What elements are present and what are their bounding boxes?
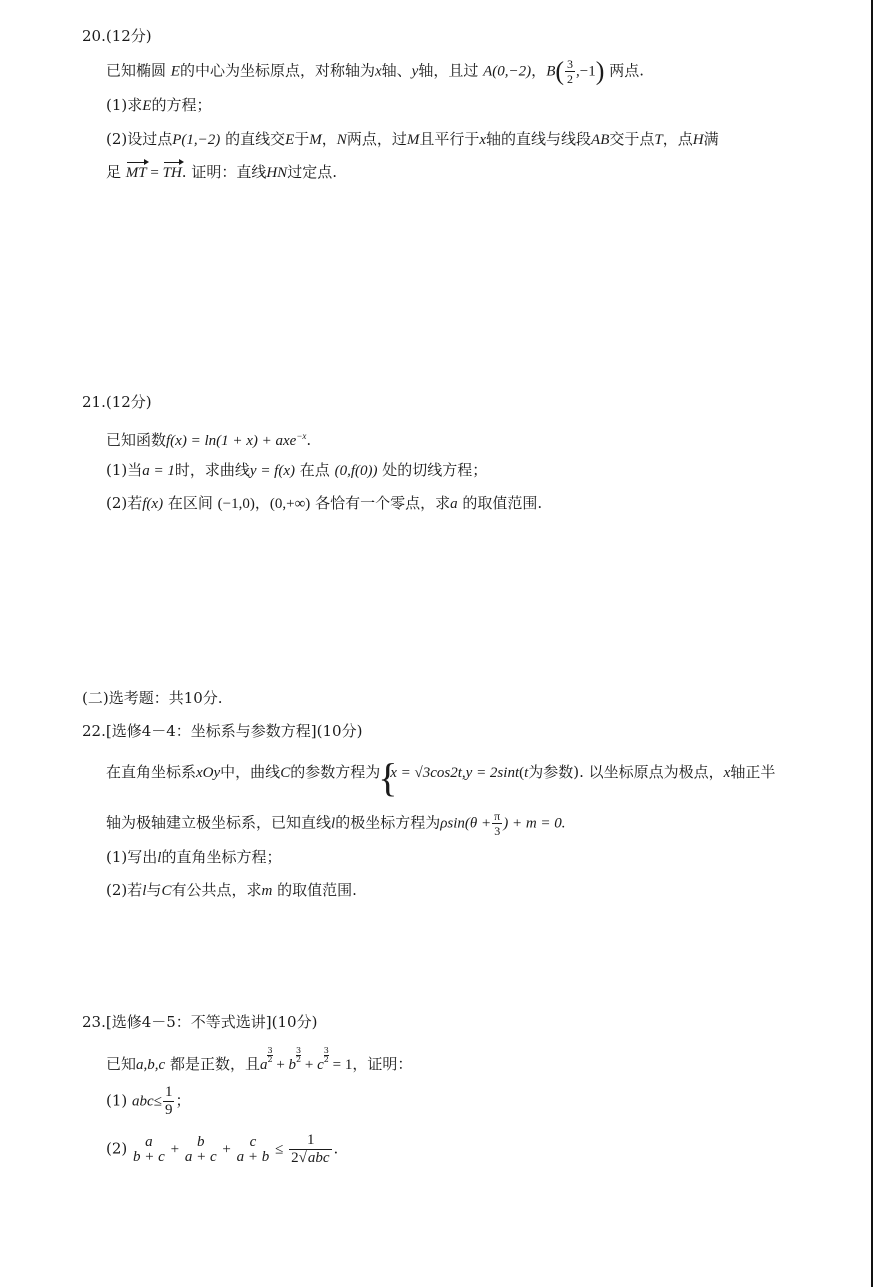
part-label: (1) [106, 848, 127, 866]
math: + [301, 1057, 317, 1073]
question-21-part-1: (1)当a = 1时，求曲线y = f(x) 在点 (0,f(0)) 处的切线方… [106, 460, 487, 481]
math-var: a [260, 1057, 268, 1073]
fraction: 32 [565, 58, 575, 85]
question-number: 23. [82, 1013, 106, 1031]
math-var: m [261, 883, 272, 899]
numerator: 1 [163, 1085, 175, 1102]
math: f(x) [142, 496, 163, 512]
math: = 1 [329, 1057, 352, 1073]
part-label: (1) [106, 461, 127, 479]
text: . 证明：直线 [182, 163, 267, 181]
math-var: HN [266, 165, 287, 181]
text: 中，曲线 [220, 763, 280, 781]
question-topic: [选修4－5：不等式选讲] [106, 1013, 272, 1031]
math: a = 1 [142, 463, 175, 479]
question-22-stem-line-1: 在直角坐标系xOy中，曲线C的参数方程为x = √3cos2t,y = 2sin… [106, 762, 775, 783]
question-20-header: 20.(12分) [82, 26, 152, 46]
numerator: a [133, 1135, 165, 1150]
fraction-b: ba + c [185, 1135, 217, 1165]
math-var: E [285, 132, 294, 148]
text: 已知椭圆 [106, 62, 166, 80]
text: 为参数). 以坐标原点为极点， [528, 763, 723, 781]
math-var: M [309, 132, 322, 148]
text: 在点 [300, 461, 330, 479]
question-22-part-2: (2)若l与C有公共点，求m 的取值范围. [106, 880, 357, 901]
text: 已知函数 [106, 431, 166, 449]
math-var: C [161, 883, 171, 899]
math: ρsin(θ + [440, 816, 491, 832]
paren-right: ) [596, 57, 605, 86]
text: 处的切线方程； [382, 461, 487, 479]
denominator: 2√abc [289, 1150, 332, 1166]
numerator: b [185, 1135, 217, 1150]
denominator: a + c [185, 1150, 217, 1165]
math: ) + m = 0. [503, 816, 565, 832]
text: 过定点. [287, 163, 337, 181]
numerator: π [492, 810, 502, 824]
fraction-c: ca + b [237, 1135, 270, 1165]
text: 有公共点，求 [171, 881, 261, 899]
numerator: c [237, 1135, 270, 1150]
math-point-b: B [546, 64, 555, 80]
math: y = f(x) [250, 463, 295, 479]
text: 交于点 [609, 130, 654, 148]
section-header-elective: (二)选考题：共10分. [82, 688, 223, 708]
question-23-part-1: (1) abc≤19； [106, 1085, 190, 1118]
text: 已知 [106, 1055, 136, 1073]
text: 轴正半 [730, 763, 775, 781]
text: ，证明： [352, 1055, 412, 1073]
text: ， [531, 62, 546, 80]
math-var: T [654, 132, 662, 148]
text: ， [322, 130, 337, 148]
math-var: x [375, 64, 382, 80]
math-var: M [407, 132, 420, 148]
denominator: 9 [163, 1102, 175, 1118]
text: 都是正数，且 [170, 1055, 260, 1073]
question-23-part-2: (2) ab + c + ba + c + ca + b ≤ 12√abc. [106, 1133, 338, 1166]
question-score: (12分) [106, 393, 152, 411]
question-23-stem: 已知a,b,c 都是正数，且a32 + b32 + c32 = 1，证明： [106, 1047, 412, 1075]
question-20-part-1: (1)求E的方程； [106, 95, 211, 116]
denominator: 3 [492, 824, 502, 837]
text: 在区间 [168, 494, 213, 512]
text: 轴的直线与线段 [486, 130, 591, 148]
text: . [306, 431, 311, 449]
math-interval: (−1,0) [218, 496, 255, 512]
math-var: c [317, 1057, 324, 1073]
math: a,b,c [136, 1057, 165, 1073]
math-var: E [171, 64, 180, 80]
text: 的参数方程为 [290, 763, 380, 781]
question-22-part-1: (1)写出l的直角坐标方程； [106, 847, 281, 868]
fraction-a: ab + c [133, 1135, 165, 1165]
part-label: (1) [106, 96, 127, 114]
text: 的直角坐标方程； [161, 848, 281, 866]
text: 若 [127, 881, 142, 899]
math-plus: + [171, 1142, 179, 1158]
math: + [273, 1057, 289, 1073]
numerator: 1 [289, 1133, 332, 1150]
part-label: (2) [106, 881, 127, 899]
denominator: a + b [237, 1150, 270, 1165]
denominator: 2 [565, 72, 575, 85]
text: ； [175, 1092, 190, 1110]
question-number: 22. [82, 722, 106, 740]
text: ， [255, 494, 270, 512]
math-var: H [693, 132, 704, 148]
math-var: C [280, 765, 290, 781]
text: 轴为极轴建立极坐标系，已知直线 [106, 814, 331, 832]
text: ，点 [663, 130, 693, 148]
vector-mt: MT [126, 163, 147, 183]
math: xOy [196, 765, 220, 781]
question-number: 20. [82, 27, 106, 45]
part-label: (2) [106, 494, 127, 512]
math-plus: + [222, 1142, 230, 1158]
math: P(1,−2) [172, 132, 220, 148]
text: . [333, 1140, 338, 1158]
vector-th: TH [163, 163, 182, 183]
question-score: (12分) [106, 27, 152, 45]
question-21-header: 21.(12分) [82, 392, 152, 412]
part-label: (2) [106, 130, 127, 148]
text: 且平行于 [419, 130, 479, 148]
text: 若 [127, 494, 142, 512]
radicand: abc [307, 1149, 331, 1166]
paren-left: ( [555, 57, 564, 86]
sqrt: √abc [299, 1151, 331, 1166]
text: 各恰有一个零点，求 [315, 494, 450, 512]
text: 轴，且过 [418, 62, 478, 80]
question-20-part-2-line-2: 足 MT = TH. 证明：直线HN过定点. [106, 162, 337, 183]
text: 的中心为坐标原点，对称轴为 [180, 62, 375, 80]
numerator: 3 [565, 58, 575, 72]
question-21-part-2: (2)若f(x) 在区间 (−1,0)，(0,+∞) 各恰有一个零点，求a 的取… [106, 493, 542, 514]
math-var: AB [591, 132, 609, 148]
question-score: (10分) [272, 1013, 318, 1031]
coefficient: 2 [291, 1150, 299, 1166]
text: 的直线交 [225, 130, 285, 148]
question-23-header: 23.[选修4－5：不等式选讲](10分) [82, 1012, 317, 1032]
math: abc [132, 1094, 154, 1110]
text: 的极坐标方程为 [335, 814, 440, 832]
math: ,−1 [576, 64, 596, 80]
param-eq-x: x = √3cos2t, [390, 765, 465, 781]
math-interval: (0,+∞) [270, 496, 310, 512]
text: 求 [127, 96, 142, 114]
math: (0,f(0)) [335, 463, 378, 479]
text: 写出 [127, 848, 157, 866]
text: 设过点 [127, 130, 172, 148]
text: 的方程； [151, 96, 211, 114]
question-22-stem-line-2: 轴为极轴建立极坐标系，已知直线l的极坐标方程为ρsin(θ +π3) + m =… [106, 810, 566, 837]
text: 满 [704, 130, 719, 148]
text: 于 [294, 130, 309, 148]
part-label: (1) [106, 1092, 127, 1110]
fraction-rhs: 12√abc [289, 1133, 332, 1166]
part-label: (2) [106, 1140, 127, 1158]
math-le: ≤ [275, 1142, 283, 1158]
question-20-stem: 已知椭圆 E的中心为坐标原点，对称轴为x轴、y轴，且过 A(0,−2)，B(32… [106, 58, 644, 85]
text: 轴、 [382, 62, 412, 80]
math-var: N [337, 132, 347, 148]
math-var: x [479, 132, 486, 148]
math: = [147, 165, 163, 181]
fraction-1-9: 19 [163, 1085, 175, 1118]
param-eq-y: y = 2sint [466, 765, 519, 781]
math-var: a [450, 496, 458, 512]
question-22-header: 22.[选修4－4：坐标系与参数方程](10分) [82, 721, 362, 741]
text: 足 [106, 163, 121, 181]
math-le: ≤ [154, 1094, 162, 1110]
text: 两点，过 [347, 130, 407, 148]
exponent: −x [296, 431, 306, 441]
text: 当 [127, 461, 142, 479]
text: 两点. [609, 62, 644, 80]
question-20-part-2-line-1: (2)设过点P(1,−2) 的直线交E于M，N两点，过M且平行于x轴的直线与线段… [106, 129, 719, 150]
text: 在直角坐标系 [106, 763, 196, 781]
parametric-system: x = √3cos2t,y = 2sint [380, 764, 519, 782]
question-score: (10分) [317, 722, 363, 740]
math-function: f(x) = ln(1 + x) + axe [166, 433, 296, 449]
text: 的取值范围. [462, 494, 542, 512]
question-topic: [选修4－4：坐标系与参数方程] [106, 722, 317, 740]
math-var: b [289, 1057, 297, 1073]
text: 的取值范围. [277, 881, 357, 899]
denominator: b + c [133, 1150, 165, 1165]
text: 与 [146, 881, 161, 899]
text: 时，求曲线 [175, 461, 250, 479]
math-point-a: A(0,−2) [483, 64, 531, 80]
fraction-pi-over-3: π3 [492, 810, 502, 837]
question-number: 21. [82, 393, 106, 411]
question-21-stem: 已知函数f(x) = ln(1 + x) + axe−x. [106, 426, 311, 451]
